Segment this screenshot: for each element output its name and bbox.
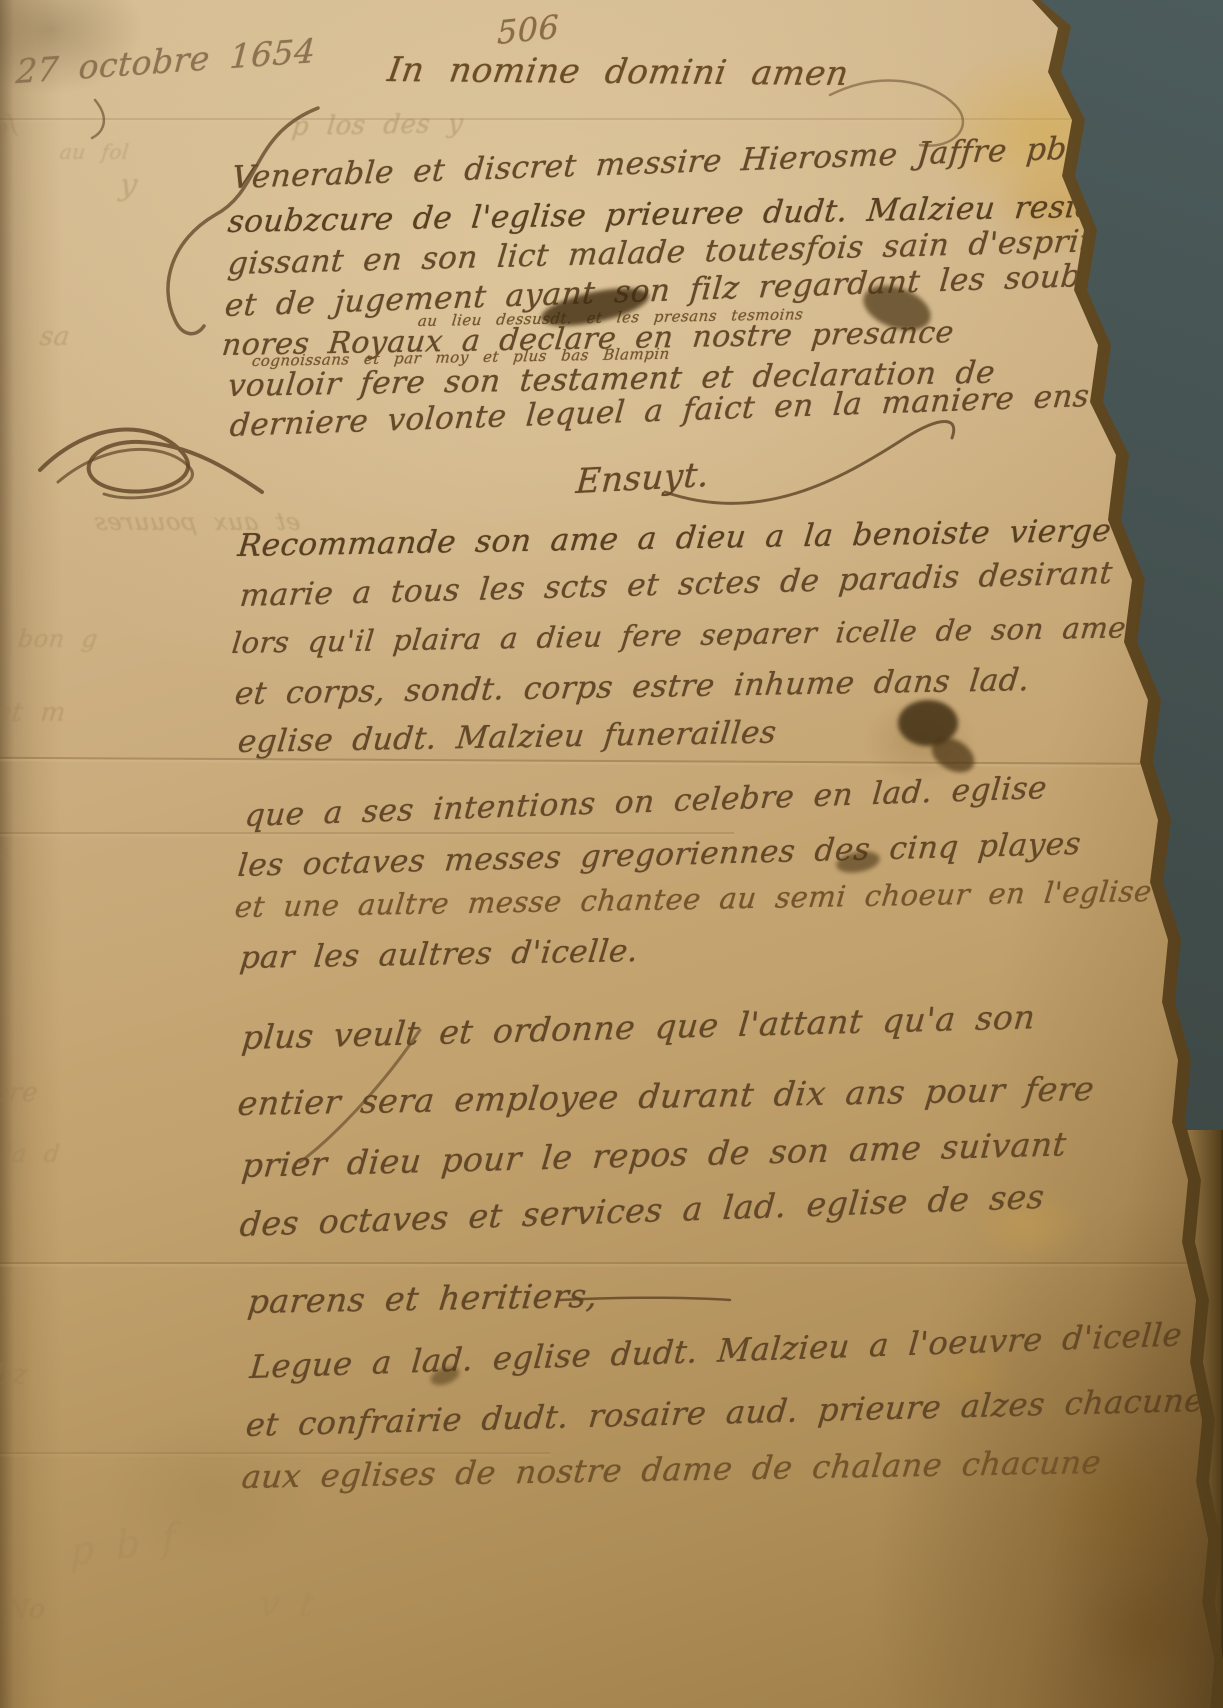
ink-blot	[898, 700, 958, 746]
ink-blot	[428, 1363, 462, 1388]
ink-blot	[835, 848, 882, 875]
ink-blot	[926, 731, 981, 780]
paper-page: faire les nommezp los des yau folyet aux…	[0, 0, 1223, 1708]
ink-blot	[857, 277, 936, 339]
photo-background: faire les nommezp los des yau folyet aux…	[0, 0, 1223, 1708]
blot-layer	[0, 0, 1223, 1708]
ink-blot	[538, 281, 652, 333]
